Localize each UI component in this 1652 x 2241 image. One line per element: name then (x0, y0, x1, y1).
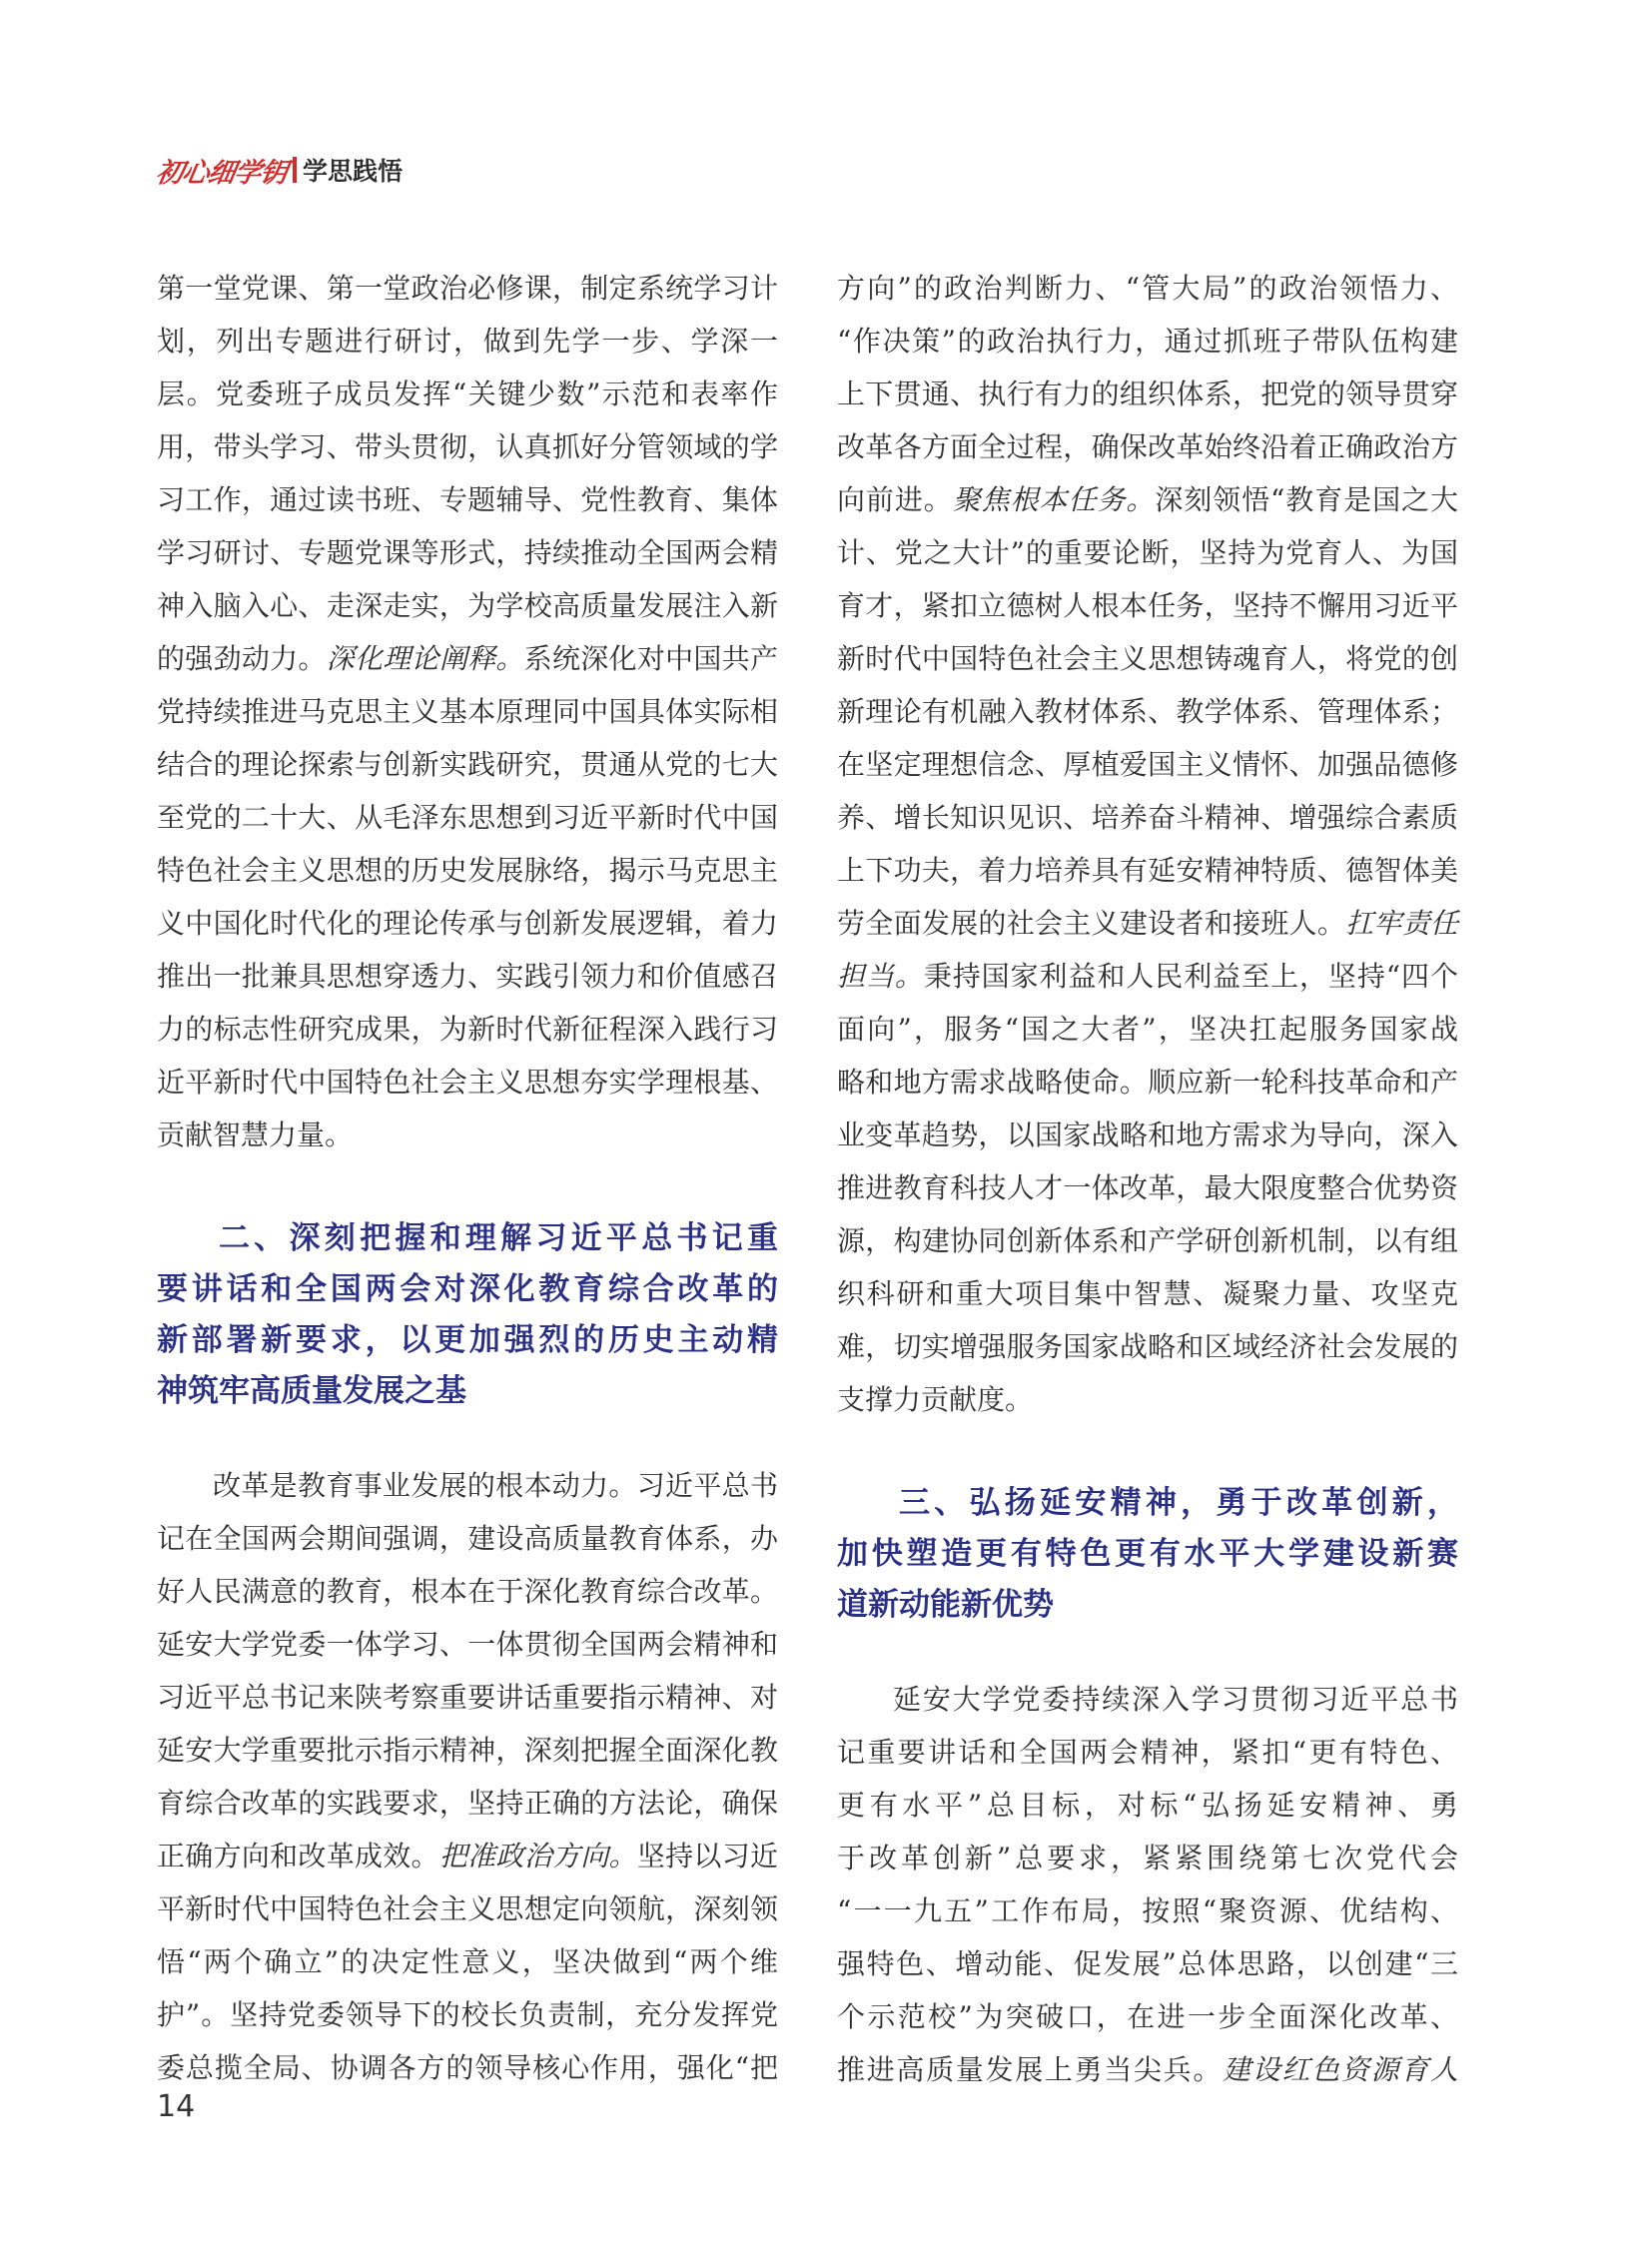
text-line: 划，列出专题进行研讨，做到先学一步、学深一 (157, 315, 778, 368)
text-line: 更有水平”总目标，对标“弘扬延安精神、勇 (837, 1779, 1458, 1832)
text-line: 源，构建协同创新体系和产学研创新机制，以有组 (837, 1214, 1458, 1267)
section-heading-3: 三、弘扬延安精神，勇于改革创新， 加快塑造更有特色更有水平大学建设新赛 道新动能… (837, 1478, 1458, 1631)
text-run: 坚持以习近 (637, 1840, 778, 1872)
text-line: 延安大学党委持续深入学习贯彻习近平总书 (837, 1673, 1458, 1726)
text-line: 记重要讲话和全国两会精神，紧扣“更有特色、 (837, 1726, 1458, 1779)
text-line: 面向”，服务“国之大者”，坚决扛起服务国家战 (837, 1003, 1458, 1056)
text-run: 推进高质量发展上勇当尖兵。 (837, 2053, 1223, 2086)
text-line: 特色社会主义思想的历史发展脉络，揭示马克思主 (157, 844, 778, 897)
text-run: 正确方向和改革成效。 (157, 1840, 439, 1872)
left-column: 第一堂党课、第一堂政治必修课，制定系统学习计 划，列出专题进行研讨，做到先学一步… (157, 262, 778, 2094)
header-divider (293, 157, 297, 183)
text-line: “作决策”的政治执行力，通过抓班子带队伍构建 (837, 315, 1458, 368)
text-line: 个示范校”为突破口，在进一步全面深化改革、 (837, 1990, 1458, 2043)
text-line: 义中国化时代化的理论传承与创新发展逻辑，着力 (157, 897, 778, 950)
subheading-run: 建设红色资源育人 (1223, 2053, 1458, 2086)
section-name: 学思践悟 (303, 152, 403, 188)
text-line: 延安大学重要批示指示精神，深刻把握全面深化教 (157, 1724, 778, 1777)
text-line: 织科研和重大项目集中智慧、凝聚力量、攻坚克 (837, 1267, 1458, 1320)
page-number: 14 (157, 2089, 195, 2124)
text-line: 改革各方面全过程，确保改革始终沿着正确政治方 (837, 420, 1458, 473)
text-line: 神入脑入心、走深走实，为学校高质量发展注入新 (157, 579, 778, 632)
text-line: 延安大学党委一体学习、一体贯彻全国两会精神和 (157, 1618, 778, 1671)
text-run: 劳全面发展的社会主义建设者和接班人。 (837, 907, 1345, 940)
text-line: 担当。秉持国家利益和人民利益至上，坚持“四个 (837, 950, 1458, 1003)
text-line: 养、增长知识见识、培养奋斗精神、增强综合素质 (837, 791, 1458, 844)
heading-line: 二、深刻把握和理解习近平总书记重 (157, 1213, 778, 1264)
text-line: 记在全国两会期间强调，建设高质量教育体系，办 (157, 1512, 778, 1565)
text-line: 层。党委班子成员发挥“关键少数”示范和表率作 (157, 368, 778, 420)
paragraph-1: 第一堂党课、第一堂政治必修课，制定系统学习计 划，列出专题进行研讨，做到先学一步… (157, 262, 778, 1161)
text-line: 方向”的政治判断力、“管大局”的政治领悟力、 (837, 262, 1458, 315)
text-line: 支撑力贡献度。 (837, 1373, 1458, 1426)
text-line: 护”。坚持党委领导下的校长负责制，充分发挥党 (157, 1988, 778, 2041)
text-line: 业变革趋势，以国家战略和地方需求为导向，深入 (837, 1109, 1458, 1161)
text-run: 秉持国家利益和人民利益至上，坚持“四个 (924, 960, 1458, 993)
calligraphy-logo: 初心细学钥 (154, 151, 291, 190)
text-line: 难，切实增强服务国家战略和区域经济社会发展的 (837, 1320, 1458, 1373)
text-line: 育综合改革的实践要求，坚持正确的方法论，确保 (157, 1777, 778, 1830)
text-line: 党持续推进马克思主义基本原理同中国具体实际相 (157, 685, 778, 738)
heading-line: 三、弘扬延安精神，勇于改革创新， (837, 1478, 1458, 1529)
text-line: 劳全面发展的社会主义建设者和接班人。扛牢责任 (837, 897, 1458, 950)
text-line: 平新时代中国特色社会主义思想定向领航，深刻领 (157, 1882, 778, 1935)
text-run: 向前进。 (837, 483, 953, 516)
text-line: 育才，紧扣立德树人根本任务，坚持不懈用习近平 (837, 579, 1458, 632)
text-run: 系统深化对中国共产 (524, 642, 778, 675)
text-line: 略和地方需求战略使命。顺应新一轮科技革命和产 (837, 1056, 1458, 1109)
paragraph-continued: 方向”的政治判断力、“管大局”的政治领悟力、 “作决策”的政治执行力，通过抓班子… (837, 262, 1458, 1426)
text-line: 习近平总书记来陕考察重要讲话重要指示精神、对 (157, 1671, 778, 1724)
text-line: 的强劲动力。深化理论阐释。系统深化对中国共产 (157, 632, 778, 685)
text-line: 向前进。聚焦根本任务。深刻领悟“教育是国之大 (837, 473, 1458, 526)
subheading-run: 把准政治方向。 (439, 1840, 637, 1872)
subheading-run: 深化理论阐释。 (327, 642, 524, 675)
text-line: “一一九五”工作布局，按照“聚资源、优结构、 (837, 1884, 1458, 1937)
text-line: 好人民满意的教育，根本在于深化教育综合改革。 (157, 1565, 778, 1618)
heading-line: 道新动能新优势 (837, 1580, 1458, 1631)
subheading-run: 担当。 (837, 960, 924, 993)
text-line: 强特色、增动能、促发展”总体思路，以创建“三 (837, 1937, 1458, 1990)
heading-line: 要讲话和全国两会对深化教育综合改革的 (157, 1264, 778, 1315)
text-line: 力的标志性研究成果，为新时代新征程深入践行习 (157, 1003, 778, 1056)
text-line: 近平新时代中国特色社会主义思想夯实学理根基、 (157, 1056, 778, 1109)
text-line: 上下贯通、执行有力的组织体系，把党的领导贯穿 (837, 368, 1458, 420)
text-line: 新时代中国特色社会主义思想铸魂育人，将党的创 (837, 632, 1458, 685)
text-line: 正确方向和改革成效。把准政治方向。坚持以习近 (157, 1830, 778, 1882)
text-line: 委总揽全局、协调各方的领导核心作用，强化“把 (157, 2041, 778, 2094)
text-line: 于改革创新”总要求，紧紧围绕第七次党代会 (837, 1832, 1458, 1884)
text-line: 推进教育科技人才一体改革，最大限度整合优势资 (837, 1161, 1458, 1214)
text-line: 在坚定理想信念、厚植爱国主义情怀、加强品德修 (837, 738, 1458, 791)
text-line: 推进高质量发展上勇当尖兵。建设红色资源育人 (837, 2043, 1458, 2096)
text-line: 改革是教育事业发展的根本动力。习近平总书 (157, 1459, 778, 1512)
text-line: 用，带头学习、带头贯彻，认真抓好分管领域的学 (157, 420, 778, 473)
subheading-run: 扛牢责任 (1345, 907, 1458, 940)
heading-line: 新部署新要求，以更加强烈的历史主动精 (157, 1315, 778, 1366)
paragraph-3: 延安大学党委持续深入学习贯彻习近平总书 记重要讲话和全国两会精神，紧扣“更有特色… (837, 1673, 1458, 2096)
heading-line: 加快塑造更有特色更有水平大学建设新赛 (837, 1529, 1458, 1580)
text-line: 新理论有机融入教材体系、教学体系、管理体系； (837, 685, 1458, 738)
text-line: 结合的理论探索与创新实践研究，贯通从党的七大 (157, 738, 778, 791)
text-line: 习工作，通过读书班、专题辅导、党性教育、集体 (157, 473, 778, 526)
text-line: 至党的二十大、从毛泽东思想到习近平新时代中国 (157, 791, 778, 844)
text-line: 计、党之大计”的重要论断，坚持为党育人、为国 (837, 526, 1458, 579)
text-line: 推出一批兼具思想穿透力、实践引领力和价值感召 (157, 950, 778, 1003)
subheading-run: 聚焦根本任务。 (953, 483, 1156, 516)
section-heading-2: 二、深刻把握和理解习近平总书记重 要讲话和全国两会对深化教育综合改革的 新部署新… (157, 1213, 778, 1417)
paragraph-2: 改革是教育事业发展的根本动力。习近平总书 记在全国两会期间强调，建设高质量教育体… (157, 1459, 778, 2094)
text-line: 第一堂党课、第一堂政治必修课，制定系统学习计 (157, 262, 778, 315)
text-line: 悟“两个确立”的决定性意义，坚决做到“两个维 (157, 1935, 778, 1988)
text-line: 上下功夫，着力培养具有延安精神特质、德智体美 (837, 844, 1458, 897)
text-line: 贡献智慧力量。 (157, 1109, 778, 1161)
text-run: 深刻领悟“教育是国之大 (1155, 483, 1458, 516)
right-column: 方向”的政治判断力、“管大局”的政治领悟力、 “作决策”的政治执行力，通过抓班子… (837, 262, 1458, 2096)
text-line: 学习研讨、专题党课等形式，持续推动全国两会精 (157, 526, 778, 579)
page-header: 初心细学钥 学思践悟 (157, 152, 403, 188)
text-run: 的强劲动力。 (157, 642, 327, 675)
heading-line: 神筑牢高质量发展之基 (157, 1366, 778, 1417)
